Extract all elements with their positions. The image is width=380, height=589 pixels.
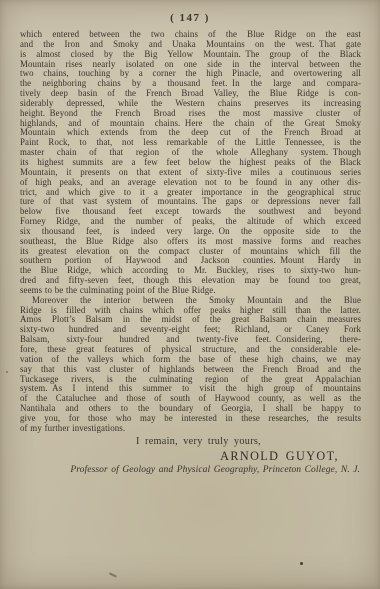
text-line: below five thousand feet except towards … [20,207,361,217]
text-line: system. As I intend this summer to visit… [20,384,361,394]
text-line: of my further investigations. [20,424,361,434]
text-line: vation of the valleys which form the bas… [20,355,361,365]
text-line: ture of that vast system of mountains. T… [20,197,361,207]
text-line: fore, these great features of physical s… [20,345,361,355]
signature-title: Professor of Geology and Physical Geogra… [20,465,361,475]
text-line: sixty-two hundred and seventy-eight feet… [20,325,361,335]
text-line: six thousand feet, is indeed very large.… [20,227,361,237]
text-line: the Blue Ridge, which according to Mr. B… [20,266,361,276]
text-line: Nantihala and others to the boundary of … [20,404,361,414]
text-line: its greatest elevation on the compact cl… [20,247,361,257]
letter-body: which entered between the two chains of … [20,30,361,475]
text-line: southeast, the Blue Ridge also offers it… [20,237,361,247]
text-line: Mountain which extends from the deep cut… [20,128,361,138]
text-line: Mountain rises nearly isolated on one si… [20,60,361,70]
text-line: say that this vast cluster of highlands … [20,365,361,375]
text-line: master chain of that region of the whole… [20,148,361,158]
text-line: Ridge is filled with chains which offer … [20,306,361,316]
page-number: ( 147 ) [0,12,380,24]
text-line: tively deep basin of the French Broad Va… [20,89,361,99]
text-line: Amos Plott’s Balsam in the midst of the … [20,315,361,325]
text-line: two chains, touching by a corner the hig… [20,69,361,79]
signature-name: ARNOLD GUYOT, [20,449,361,464]
text-line: highlands, and of mountain chains. Here … [20,119,361,129]
text-line: Moreover the interior between the Smoky … [20,296,361,306]
scan-speck-dot [300,562,303,565]
text-line: Balsam, sixty-four hundred and twenty-fi… [20,335,361,345]
text-line: the neighboring chains by a thousand fee… [20,79,361,89]
text-line: Paint Rock, to that, not less remarkable… [20,138,361,148]
scan-speck-margin [6,371,8,373]
paragraph-1: which entered between the two chains of … [20,30,361,296]
scan-speck-slash [109,572,117,577]
text-line: height. Beyond the French Broad rises th… [20,109,361,119]
text-line: southern portion of Haywood and Jackson … [20,256,361,266]
text-line: Forney Ridge, and the number of peaks, t… [20,217,361,227]
text-line: Tuckasege rivers, is the culminating reg… [20,375,361,385]
paragraph-2: Moreover the interior between the Smoky … [20,296,361,434]
text-line: give you, for those who may be intereste… [20,414,361,424]
text-line: of high peaks, and an average elevation … [20,178,361,188]
text-line: and the Iron and Smoky and Unaka Mountai… [20,40,361,50]
text-line: of the Cataluchee and those of south of … [20,394,361,404]
text-line: its highest summits are a few feet below… [20,158,361,168]
text-line: dred and fifty-seven feet, though this e… [20,276,361,286]
book-page: ( 147 ) which entered between the two ch… [0,0,380,589]
text-line: siderably depressed, while the Western c… [20,99,361,109]
text-line: seems to be the culminating point of the… [20,286,361,296]
text-line: trict, and which give to it a greater im… [20,188,361,198]
text-line: is almost closed by the Big Yellow Mount… [20,50,361,60]
text-line: Mountain, it presents on that extent of … [20,168,361,178]
letter-closing: I remain, very truly yours, [20,436,361,447]
text-line: which entered between the two chains of … [20,30,361,40]
